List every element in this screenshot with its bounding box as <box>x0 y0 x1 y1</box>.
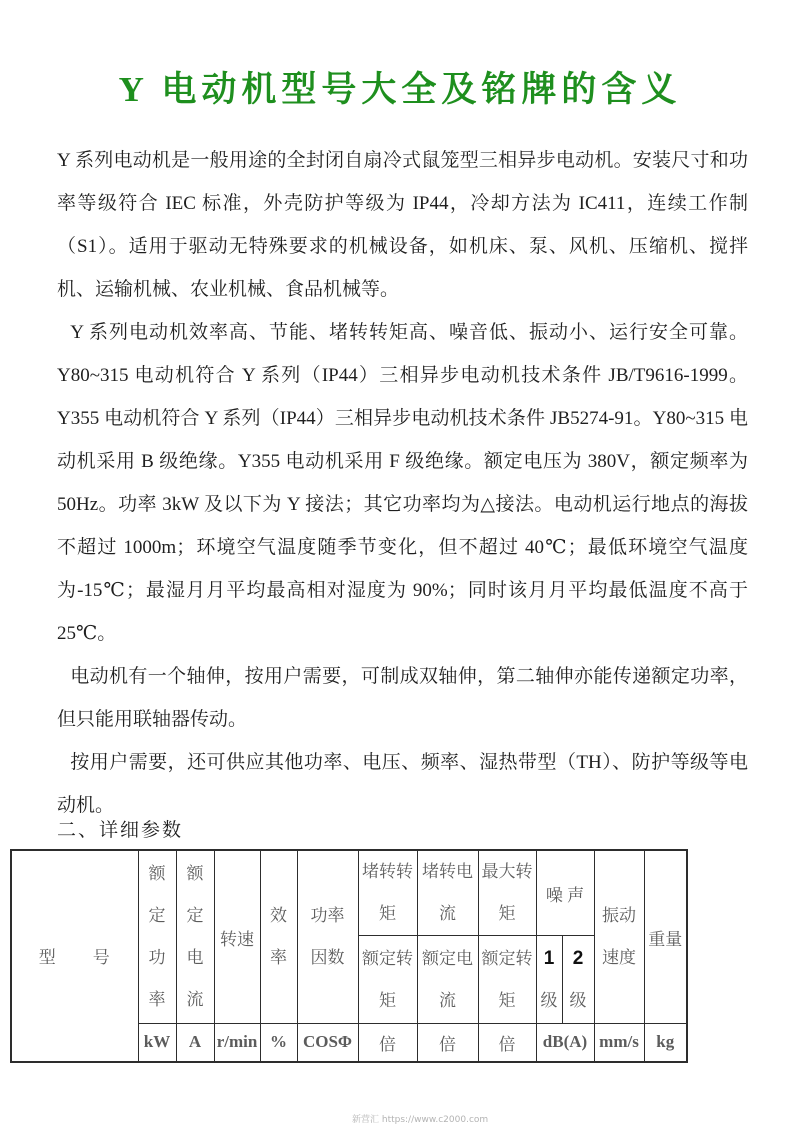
document-page: Y 电动机型号大全及铭牌的含义 Y 系列电动机是一般用途的全封闭自扇冷式鼠笼型三… <box>0 0 800 1130</box>
header-efficiency: 效 率 <box>260 850 297 1024</box>
unit-efficiency: % <box>260 1024 297 1062</box>
unit-vibration: mm/s <box>594 1024 644 1062</box>
paragraph-series-overview: Y 系列电动机是一般用途的全封闭自扇冷式鼠笼型三相异步电动机。安装尺寸和功率等级… <box>57 139 748 311</box>
noise-grade-2-number: 2 <box>563 938 594 980</box>
header-locked-rotor-torque: 堵转转 矩 <box>358 850 417 936</box>
header-power-factor: 功率 因数 <box>297 850 358 1024</box>
intro-text-block: Y 系列电动机是一般用途的全封闭自扇冷式鼠笼型三相异步电动机。安装尺寸和功率等级… <box>57 139 748 827</box>
header-model: 型 号 <box>11 850 138 1062</box>
unit-weight: kg <box>644 1024 687 1062</box>
unit-locked-rotor-torque: 倍 <box>358 1024 417 1062</box>
paragraph-performance-standards: Y 系列电动机效率高、节能、堵转转矩高、噪音低、振动小、运行安全可靠。Y80~3… <box>57 311 748 655</box>
header-rated-current: 额 定 电 流 <box>176 850 214 1024</box>
unit-max-torque: 倍 <box>478 1024 536 1062</box>
header-locked-rotor-current: 堵转电 流 <box>417 850 478 936</box>
header-max-torque: 最大转 矩 <box>478 850 536 936</box>
unit-noise: dB(A) <box>536 1024 594 1062</box>
header-weight: 重量 <box>644 850 687 1024</box>
unit-power-factor: COSΦ <box>297 1024 358 1062</box>
header-rated-power: 额 定 功 率 <box>138 850 176 1024</box>
watermark-text: 新营汇 https://www.c2000.com <box>352 1112 488 1125</box>
unit-speed: r/min <box>214 1024 260 1062</box>
section-heading-detailed-parameters: 二、详细参数 <box>57 815 183 842</box>
page-title: Y 电动机型号大全及铭牌的含义 <box>0 62 800 112</box>
noise-grade-2-label: 级 <box>563 980 594 1022</box>
parameters-table: 型 号 额 定 功 率 额 定 电 流 转速 效 率 功率 因数 堵转转 矩 堵… <box>10 849 688 1063</box>
noise-grade-1-label: 级 <box>537 980 562 1022</box>
header-noise-grade-2: 2 级 <box>562 936 594 1024</box>
unit-locked-rotor-current: 倍 <box>417 1024 478 1062</box>
paragraph-shaft-extension: 电动机有一个轴伸，按用户需要，可制成双轴伸，第二轴伸亦能传递额定功率，但只能用联… <box>57 655 748 741</box>
header-noise: 噪 声 <box>536 850 594 936</box>
header-vibration-velocity: 振动 速度 <box>594 850 644 1024</box>
header-noise-grade-1: 1 级 <box>536 936 562 1024</box>
unit-rated-current: A <box>176 1024 214 1062</box>
header-speed: 转速 <box>214 850 260 1024</box>
unit-rated-power: kW <box>138 1024 176 1062</box>
header-rated-current-denominator: 额定电 流 <box>417 936 478 1024</box>
noise-grade-1-number: 1 <box>537 938 562 980</box>
header-rated-torque-denominator: 额定转 矩 <box>358 936 417 1024</box>
header-rated-torque-denominator-2: 额定转 矩 <box>478 936 536 1024</box>
